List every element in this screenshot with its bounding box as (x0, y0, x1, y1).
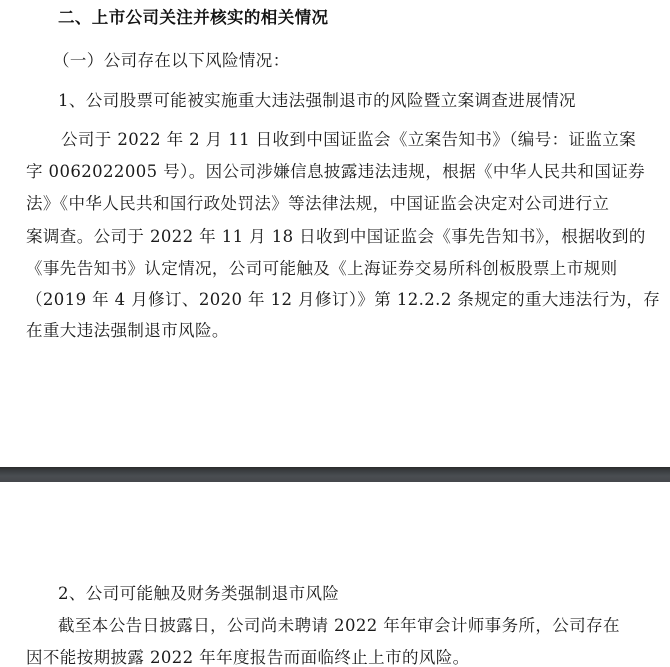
section-heading: 二、上市公司关注并核实的相关情况 (58, 8, 328, 28)
paragraph-line: 《事先告知书》认定情况，公司可能触及《上海证券交易所科创板股票上市规则 (26, 259, 618, 279)
page-break-separator (0, 467, 670, 483)
subsection-heading: （一）公司存在以下风险情况： (53, 51, 290, 71)
paragraph-line: 因不能按期披露 2022 年年度报告而面临终止上市的风险。 (26, 648, 470, 667)
paragraph-line: 字 0062022005 号）。因公司涉嫌信息披露违法违规，根据《中华人民共和国… (26, 162, 645, 182)
paragraph-line: 案调查。公司于 2022 年 11 月 18 日收到中国证监会《事先告知书》，根… (26, 227, 646, 247)
paragraph-line: 截至本公告日披露日，公司尚未聘请 2022 年年审会计师事务所，公司存在 (58, 616, 620, 636)
paragraph-line: 在重大违法强制退市风险。 (26, 321, 229, 341)
paragraph-line: （2019 年 4 月修订、2020 年 12 月修订）》第 12.2.2 条规… (26, 290, 660, 310)
item2-title: 2、公司可能触及财务类强制退市风险 (58, 584, 339, 604)
item1-title: 1、公司股票可能被实施重大违法强制退市的风险暨立案调查进展情况 (58, 91, 576, 111)
document-page-1: 二、上市公司关注并核实的相关情况 （一）公司存在以下风险情况： 1、公司股票可能… (0, 0, 670, 467)
paragraph-line: 法》《中华人民共和国行政处罚法》等法律法规，中国证监会决定对公司进行立 (26, 194, 609, 214)
paragraph-line: 公司于 2022 年 2 月 11 日收到中国证监会《立案告知书》（编号：证监立… (61, 130, 636, 150)
document-page-2: 2、公司可能触及财务类强制退市风险 截至本公告日披露日，公司尚未聘请 2022 … (0, 482, 670, 667)
